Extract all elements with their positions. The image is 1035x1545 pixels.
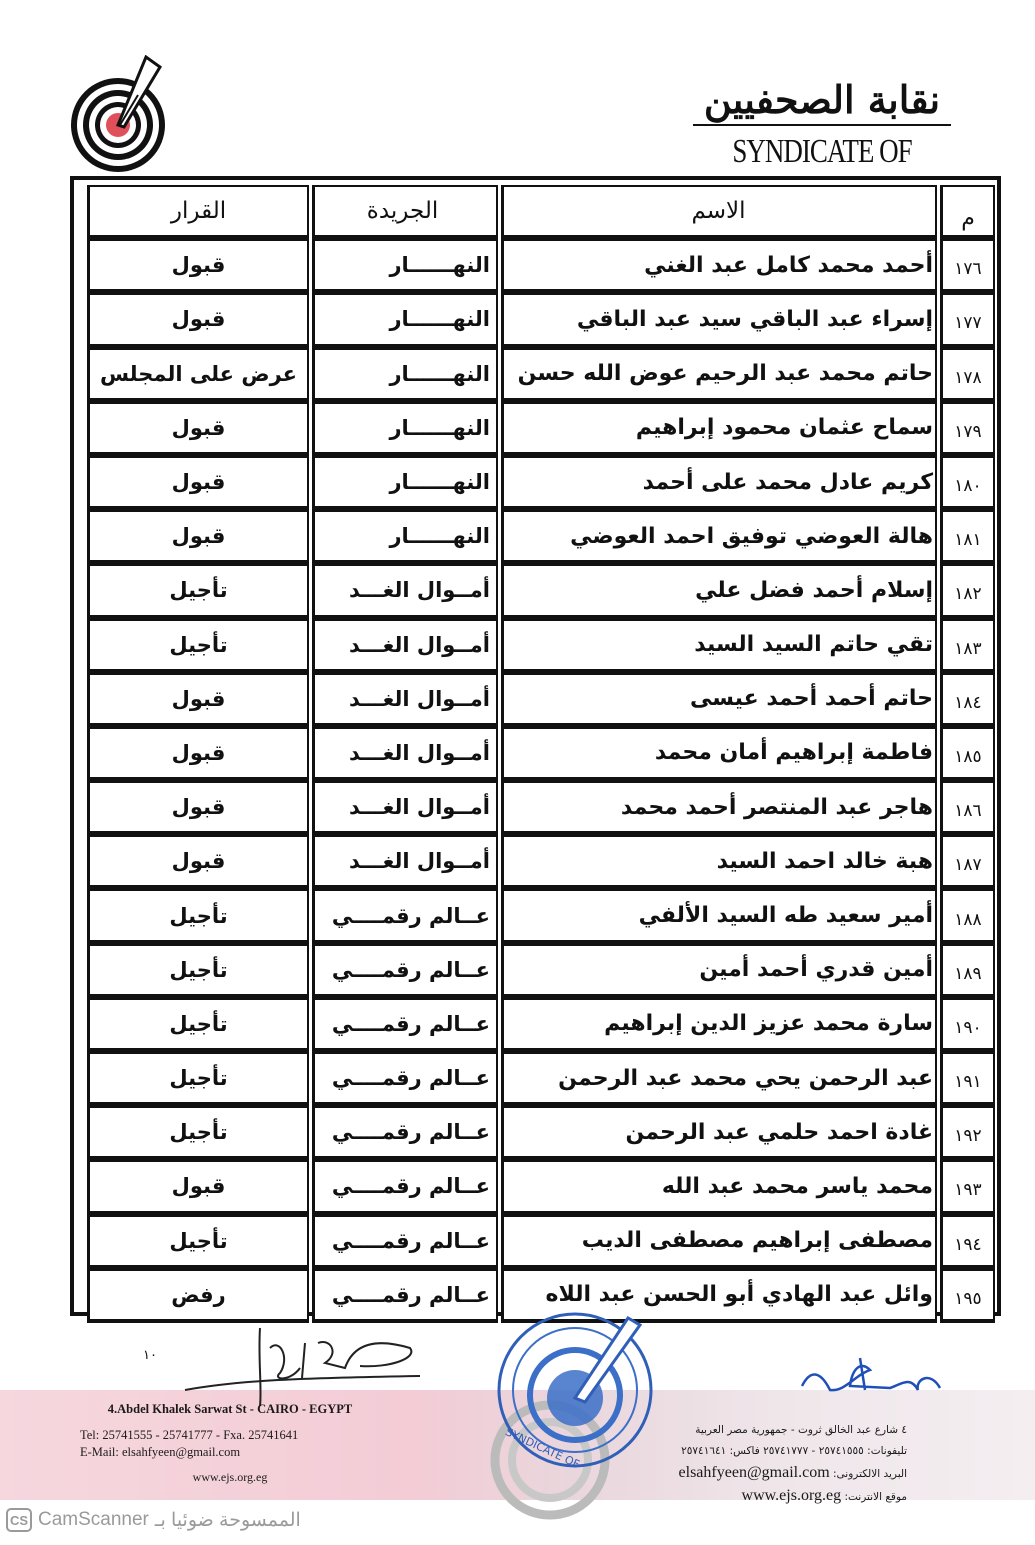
footer-email-en: E-Mail: elsahfyeen@gmail.com [80, 1444, 380, 1461]
row-number: ١٩٥ [940, 1269, 995, 1323]
table-row: ١٩٢ غادة احمد حلمي عبد الرحمن عــالم رقم… [78, 1106, 995, 1160]
row-number: ١٨١ [940, 510, 995, 564]
table-row: ١٨٦ هاجر عبد المنتصر أحمد محمد أمــوال ا… [78, 781, 995, 835]
newspaper-name: أمــوال الغـــد [312, 727, 498, 781]
member-name: غادة احمد حلمي عبد الرحمن [501, 1106, 937, 1160]
row-number: ١٨٦ [940, 781, 995, 835]
footer-contact-arabic: ٤ شارع عبد الخالق ثروت - جمهورية مصر الع… [577, 1420, 907, 1508]
decision: قبول [87, 402, 309, 456]
footer-phones-ar: تليفونات: ٢٥٧٤١٥٥٥ - ٢٥٧٤١٧٧٧ فاكس: ٢٥٧٤… [577, 1441, 907, 1462]
footer-email-label-ar: البريد الالكترونى: [833, 1468, 907, 1480]
camscanner-text: CamScanner [38, 1509, 149, 1531]
member-name: هالة العوضي توفيق احمد العوضي [501, 510, 937, 564]
decision: قبول [87, 673, 309, 727]
column-header-number: م [940, 185, 995, 239]
member-name: كريم عادل محمد على أحمد [501, 456, 937, 510]
member-name: أمير سعيد طه السيد الألفي [501, 889, 937, 943]
table-row: ١٧٦ أحمد محمد كامل عبد الغني النهــــــا… [78, 239, 995, 293]
table-row: ١٩٤ مصطفى إبراهيم مصطفى الديب عــالم رقم… [78, 1215, 995, 1269]
decision: قبول [87, 1160, 309, 1214]
row-number: ١٨٥ [940, 727, 995, 781]
table-row: ١٧٩ سماح عثمان محمود إبراهيم النهــــــا… [78, 402, 995, 456]
row-number: ١٨٣ [940, 619, 995, 673]
camscanner-logo-icon: CS [6, 1508, 32, 1532]
newspaper-name: عــالم رقمــــي [312, 889, 498, 943]
footer-address-ar: ٤ شارع عبد الخالق ثروت - جمهورية مصر الع… [577, 1420, 907, 1441]
newspaper-name: عــالم رقمــــي [312, 1052, 498, 1106]
table-row: ١٨٣ تقي حاتم السيد السيد أمــوال الغـــد… [78, 619, 995, 673]
row-number: ١٩١ [940, 1052, 995, 1106]
row-number: ١٨٠ [940, 456, 995, 510]
member-name: هبة خالد احمد السيد [501, 835, 937, 889]
row-number: ١٧٦ [940, 239, 995, 293]
newspaper-name: عــالم رقمــــي [312, 1106, 498, 1160]
table-row: ١٨١ هالة العوضي توفيق احمد العوضي النهــ… [78, 510, 995, 564]
newspaper-name: عــالم رقمــــي [312, 1160, 498, 1214]
row-number: ١٨٢ [940, 564, 995, 618]
row-number: ١٩٣ [940, 1160, 995, 1214]
row-number: ١٧٨ [940, 348, 995, 402]
syndicate-logo-icon [68, 55, 173, 175]
table-row: ١٨٥ فاطمة إبراهيم أمان محمد أمــوال الغـ… [78, 727, 995, 781]
member-name: هاجر عبد المنتصر أحمد محمد [501, 781, 937, 835]
camscanner-watermark: CS CamScanner الممسوحة ضوئيا بـ [6, 1508, 301, 1532]
newspaper-name: النهــــــار [312, 348, 498, 402]
newspaper-name: النهــــــار [312, 293, 498, 347]
member-name: أحمد محمد كامل عبد الغني [501, 239, 937, 293]
row-number: ١٩٤ [940, 1215, 995, 1269]
footer-website-en: www.ejs.org.eg [80, 1470, 380, 1485]
decision: تأجيل [87, 619, 309, 673]
member-name: تقي حاتم السيد السيد [501, 619, 937, 673]
member-name: مصطفى إبراهيم مصطفى الديب [501, 1215, 937, 1269]
table-row: ١٨٨ أمير سعيد طه السيد الألفي عــالم رقم… [78, 889, 995, 943]
footer-contact-english: 4.Abdel Khalek Sarwat St - CAIRO - EGYPT… [80, 1402, 380, 1485]
decision: رفض [87, 1269, 309, 1323]
table-row: ١٩٣ محمد ياسر محمد عبد الله عــالم رقمــ… [78, 1160, 995, 1214]
decision: قبول [87, 239, 309, 293]
newspaper-name: أمــوال الغـــد [312, 781, 498, 835]
signature-left-icon [90, 1318, 420, 1408]
column-header-newspaper: الجريدة [312, 185, 498, 239]
table-row: ١٩١ عبد الرحمن يحي محمد عبد الرحمن عــال… [78, 1052, 995, 1106]
decision: قبول [87, 456, 309, 510]
newspaper-name: عــالم رقمــــي [312, 1215, 498, 1269]
decision: تأجيل [87, 1106, 309, 1160]
brand-arabic-title: نقابة الصحفيين [693, 78, 951, 126]
member-name: إسلام أحمد فضل علي [501, 564, 937, 618]
table-row: ١٨٤ حاتم أحمد أحمد عيسى أمــوال الغـــد … [78, 673, 995, 727]
newspaper-name: عــالم رقمــــي [312, 944, 498, 998]
row-number: ١٨٨ [940, 889, 995, 943]
decision: عرض على المجلس [87, 348, 309, 402]
camscanner-arabic-text: الممسوحة ضوئيا بـ [155, 1509, 301, 1532]
newspaper-name: أمــوال الغـــد [312, 619, 498, 673]
decision: تأجيل [87, 1052, 309, 1106]
footer-email-ar: elsahfyeen@gmail.com [679, 1464, 830, 1481]
row-number: ١٧٩ [940, 402, 995, 456]
newspaper-name: عــالم رقمــــي [312, 998, 498, 1052]
newspaper-name: أمــوال الغـــد [312, 835, 498, 889]
decision: تأجيل [87, 944, 309, 998]
member-name: سارة محمد عزيز الدين إبراهيم [501, 998, 937, 1052]
decision: تأجيل [87, 889, 309, 943]
decision: قبول [87, 293, 309, 347]
row-number: ١٩٠ [940, 998, 995, 1052]
member-name: عبد الرحمن يحي محمد عبد الرحمن [501, 1052, 937, 1106]
member-name: إسراء عبد الباقي سيد عبد الباقي [501, 293, 937, 347]
footer-website-label-ar: موقع الانترنت: [844, 1491, 907, 1503]
members-table: م الاسم الجريدة القرار ١٧٦ أحمد محمد كام… [70, 176, 1001, 1316]
row-number: ١٨٤ [940, 673, 995, 727]
table-row: ١٨٧ هبة خالد احمد السيد أمــوال الغـــد … [78, 835, 995, 889]
newspaper-name: أمــوال الغـــد [312, 564, 498, 618]
column-header-name: الاسم [501, 185, 937, 239]
member-name: حاتم أحمد أحمد عيسى [501, 673, 937, 727]
row-number: ١٨٩ [940, 944, 995, 998]
member-name: سماح عثمان محمود إبراهيم [501, 402, 937, 456]
newspaper-name: النهــــــار [312, 239, 498, 293]
row-number: ١٩٢ [940, 1106, 995, 1160]
decision: تأجيل [87, 1215, 309, 1269]
table-row: ١٨٠ كريم عادل محمد على أحمد النهــــــار… [78, 456, 995, 510]
row-number: ١٧٧ [940, 293, 995, 347]
member-name: حاتم محمد عبد الرحيم عوض الله حسن [501, 348, 937, 402]
decision: تأجيل [87, 564, 309, 618]
table-row: ١٧٧ إسراء عبد الباقي سيد عبد الباقي النه… [78, 293, 995, 347]
decision: تأجيل [87, 998, 309, 1052]
newspaper-name: النهــــــار [312, 510, 498, 564]
decision: قبول [87, 835, 309, 889]
table-row: ١٨٢ إسلام أحمد فضل علي أمــوال الغـــد ت… [78, 564, 995, 618]
table-row: ١٨٩ أمين قدري أحمد أمين عــالم رقمــــي … [78, 944, 995, 998]
table-row: ١٩٠ سارة محمد عزيز الدين إبراهيم عــالم … [78, 998, 995, 1052]
member-name: أمين قدري أحمد أمين [501, 944, 937, 998]
row-number: ١٨٧ [940, 835, 995, 889]
footer-website-ar: www.ejs.org.eg [742, 1487, 842, 1504]
decision: قبول [87, 781, 309, 835]
newspaper-name: عــالم رقمــــي [312, 1269, 498, 1323]
table-header-row: م الاسم الجريدة القرار [78, 185, 995, 239]
newspaper-name: أمــوال الغـــد [312, 673, 498, 727]
column-header-decision: القرار [87, 185, 309, 239]
member-name: محمد ياسر محمد عبد الله [501, 1160, 937, 1214]
decision: قبول [87, 510, 309, 564]
decision: قبول [87, 727, 309, 781]
member-name: فاطمة إبراهيم أمان محمد [501, 727, 937, 781]
table-row: ١٧٨ حاتم محمد عبد الرحيم عوض الله حسن ال… [78, 348, 995, 402]
newspaper-name: النهــــــار [312, 402, 498, 456]
signature-right-icon [790, 1350, 950, 1400]
footer-address-en: 4.Abdel Khalek Sarwat St - CAIRO - EGYPT [80, 1402, 380, 1417]
footer-phones-en: Tel: 25741555 - 25741777 - Fxa. 25741641 [80, 1427, 380, 1444]
newspaper-name: النهــــــار [312, 456, 498, 510]
